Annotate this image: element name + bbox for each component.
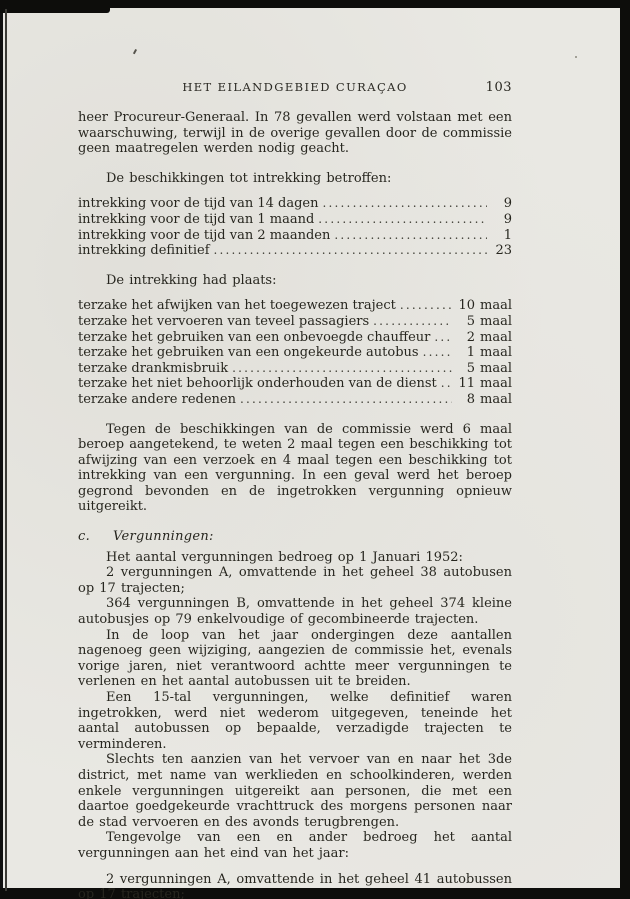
leader-dots	[400, 298, 452, 314]
leader-dots	[434, 330, 452, 346]
list-item: terzake het afwijken van het toegewezen …	[78, 298, 512, 314]
page-number: 103	[486, 80, 512, 96]
list-item: intrekking voor de tijd van 2 maanden 1	[78, 228, 512, 244]
list-item-label: terzake andere redenen	[78, 392, 236, 408]
section-paragraph: Tengevolge van een en ander bedroeg het …	[78, 830, 512, 861]
page-header-title: HET EILANDGEBIED CURAÇAO	[78, 80, 512, 96]
section-paragraph: Het aantal vergunningen bedroeg op 1 Jan…	[78, 550, 512, 566]
list-item-unit: maal	[480, 314, 512, 330]
section-paragraph: 2 vergunningen A, omvattende in het gehe…	[78, 872, 512, 899]
list1-intro: De beschikkingen tot intrekking betroffe…	[78, 171, 512, 187]
leader-dots	[214, 243, 487, 259]
list-item: intrekking definitief 23	[78, 243, 512, 259]
leader-dots	[232, 361, 452, 377]
leader-dots	[240, 392, 452, 408]
list-item-value: 9	[490, 212, 512, 228]
list-item-label: terzake het afwijken van het toegewezen …	[78, 298, 396, 314]
list-item-label: terzake het gebruiken van een ongekeurde…	[78, 345, 419, 361]
scan-edge-right	[620, 0, 630, 899]
list-item-label: terzake het niet behoorlijk onderhouden …	[78, 376, 437, 392]
list-item-count: 5	[455, 361, 475, 377]
intro-paragraph: heer Procureur-Generaal. In 78 gevallen …	[78, 110, 512, 157]
list-item-label: terzake het vervoeren van teveel passagi…	[78, 314, 369, 330]
list-item-label: intrekking voor de tijd van 1 maand	[78, 212, 314, 228]
list-item-count: 11	[455, 376, 475, 392]
beroep-paragraph: Tegen de beschikkingen van de commissie …	[78, 422, 512, 516]
list-item-count: 10	[455, 298, 475, 314]
list-item-value: 9	[490, 196, 512, 212]
list-item-label: terzake drankmisbruik	[78, 361, 228, 377]
section-paragraph: 364 vergunningen B, omvattende in het ge…	[78, 596, 512, 627]
list-item-label: intrekking voor de tijd van 14 dagen	[78, 196, 319, 212]
list-item-unit: maal	[480, 392, 512, 408]
list-item: terzake andere redenen 8maal	[78, 392, 512, 408]
list-item-label: terzake het gebruiken van een onbevoegde…	[78, 330, 430, 346]
list2-intro: De intrekking had plaats:	[78, 273, 512, 289]
terzake-list: terzake het afwijken van het toegewezen …	[78, 298, 512, 407]
leader-dots	[423, 345, 452, 361]
list-item: terzake het niet behoorlijk onderhouden …	[78, 376, 512, 392]
scan-binding-line	[5, 9, 7, 891]
list-item-count: 1	[455, 345, 475, 361]
leader-dots	[318, 212, 487, 228]
list-item: intrekking voor de tijd van 1 maand 9	[78, 212, 512, 228]
list-item-unit: maal	[480, 361, 512, 377]
leader-dots	[334, 228, 487, 244]
running-header: HET EILANDGEBIED CURAÇAO 103	[78, 80, 512, 98]
list-item-unit: maal	[480, 376, 512, 392]
list-item-label: intrekking definitief	[78, 243, 210, 259]
section-paragraph: 2 vergunningen A, omvattende in het gehe…	[78, 565, 512, 596]
leader-dots	[323, 196, 488, 212]
list-item-unit: maal	[480, 330, 512, 346]
list-item-value: 23	[490, 243, 512, 259]
intrekking-list: intrekking voor de tijd van 14 dagen 9 i…	[78, 196, 512, 258]
section-c-heading: c. Vergunningen:	[78, 529, 512, 545]
list-item-label: intrekking voor de tijd van 2 maanden	[78, 228, 330, 244]
section-paragraph: Een 15-tal vergunningen, welke definitie…	[78, 690, 512, 752]
list-item-count: 5	[455, 314, 475, 330]
scan-speck	[575, 56, 577, 58]
leader-dots	[441, 376, 452, 392]
page-text-column: HET EILANDGEBIED CURAÇAO 103 heer Procur…	[78, 80, 512, 899]
leader-dots	[373, 314, 452, 330]
scan-edge-top-left	[0, 0, 110, 13]
list-item-count: 2	[455, 330, 475, 346]
list-item: terzake het vervoeren van teveel passagi…	[78, 314, 512, 330]
list-item: terzake het gebruiken van een onbevoegde…	[78, 330, 512, 346]
list-item: intrekking voor de tijd van 14 dagen 9	[78, 196, 512, 212]
list-item-unit: maal	[480, 345, 512, 361]
list-item: terzake drankmisbruik 5maal	[78, 361, 512, 377]
section-title: Vergunningen:	[113, 529, 214, 545]
list-item-value: 1	[490, 228, 512, 244]
list-item-count: 8	[455, 392, 475, 408]
list-item-unit: maal	[480, 298, 512, 314]
section-marker: c.	[78, 529, 113, 545]
section-paragraph: Slechts ten aanzien van het vervoer van …	[78, 752, 512, 830]
section-paragraph: In de loop van het jaar ondergingen deze…	[78, 628, 512, 690]
list-item: terzake het gebruiken van een ongekeurde…	[78, 345, 512, 361]
